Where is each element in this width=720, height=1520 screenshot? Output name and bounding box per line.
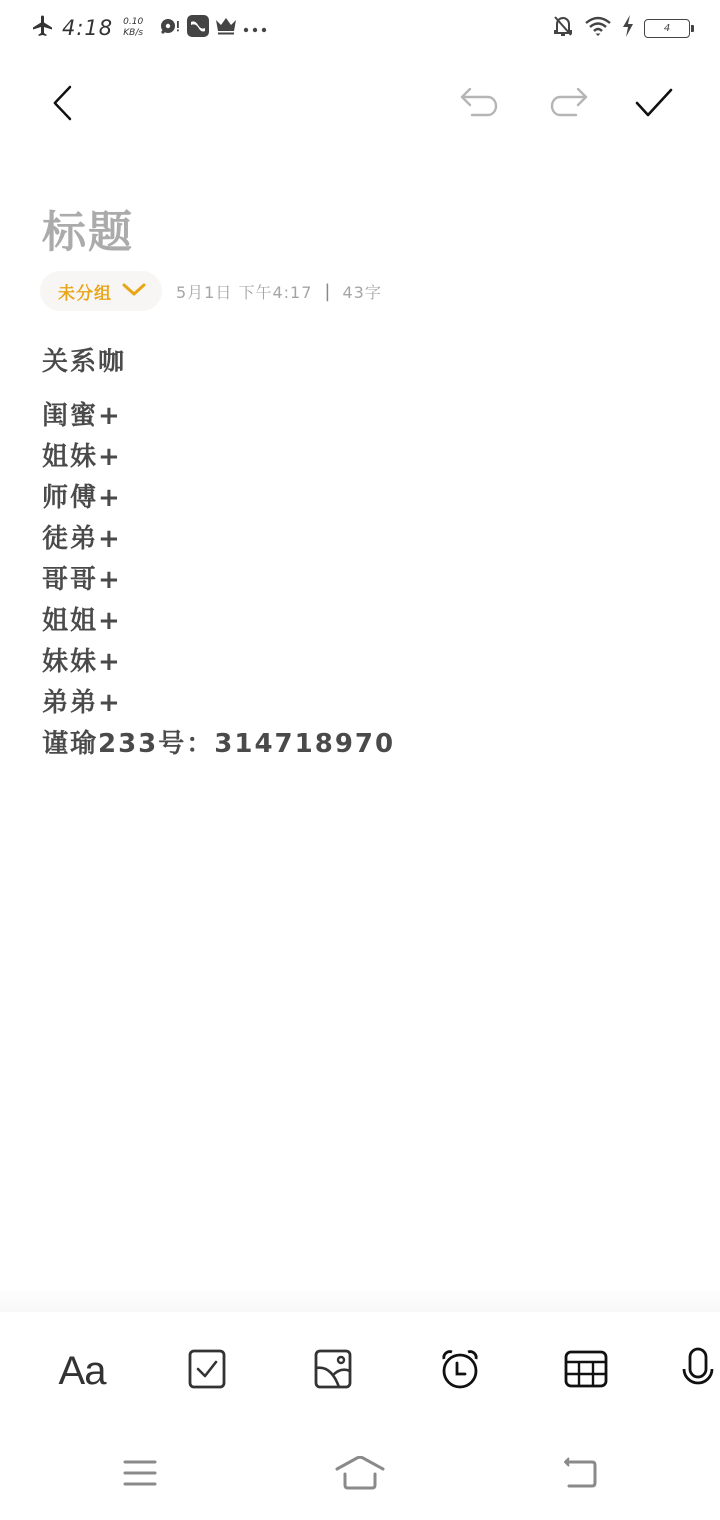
clock-time: 4:18 xyxy=(62,16,113,40)
battery-icon: 4 xyxy=(644,19,690,38)
undo-button[interactable] xyxy=(456,82,504,128)
chevron-left-icon xyxy=(52,85,76,125)
home-icon xyxy=(335,1456,385,1494)
network-speed-unit: KB/s xyxy=(123,28,143,39)
charging-icon xyxy=(622,15,634,41)
insert-table-button[interactable] xyxy=(556,1348,616,1394)
table-icon xyxy=(564,1350,608,1392)
editor-header xyxy=(0,70,720,140)
note-title-input[interactable]: 标题 xyxy=(42,196,134,260)
done-button[interactable] xyxy=(630,82,678,128)
nav-home-button[interactable] xyxy=(330,1455,390,1495)
hamburger-menu-icon xyxy=(122,1459,158,1491)
group-label: 未分组 xyxy=(58,279,112,304)
insert-image-button[interactable] xyxy=(303,1348,363,1394)
back-button[interactable] xyxy=(40,82,88,128)
text-format-icon: Aa xyxy=(59,1349,106,1394)
char-count: 43字 xyxy=(342,280,381,303)
microphone-icon xyxy=(680,1347,720,1395)
note-meta: 未分组 5月1日 下午4:17 | 43字 xyxy=(40,271,382,311)
system-nav-bar xyxy=(0,1430,720,1520)
app-notification-icon xyxy=(187,15,209,41)
airplane-mode-icon xyxy=(30,14,54,42)
redo-button[interactable] xyxy=(544,82,592,128)
alarm-clock-icon xyxy=(439,1348,481,1394)
toolbar-divider xyxy=(0,1290,720,1312)
nav-back-button[interactable] xyxy=(550,1455,610,1495)
wifi-icon xyxy=(584,15,612,41)
checkbox-icon xyxy=(187,1349,227,1393)
text-format-button[interactable]: Aa xyxy=(52,1348,112,1394)
more-dots-icon xyxy=(243,19,267,38)
reminder-button[interactable] xyxy=(430,1348,490,1394)
checkmark-icon xyxy=(634,87,674,123)
network-speed-value: 0.10 xyxy=(123,17,143,28)
back-arrow-icon xyxy=(562,1456,598,1494)
editor-toolbar: Aa xyxy=(0,1312,720,1430)
group-selector[interactable]: 未分组 xyxy=(40,271,162,311)
nav-menu-button[interactable] xyxy=(110,1455,170,1495)
meta-divider: | xyxy=(324,281,330,302)
bell-muted-icon xyxy=(552,14,574,42)
network-speed: 0.10 KB/s xyxy=(123,17,143,39)
notification-icons xyxy=(159,15,267,41)
disc-alert-icon xyxy=(159,16,181,40)
status-bar: 4:18 0.10 KB/s xyxy=(0,0,720,55)
chevron-down-icon xyxy=(122,282,146,301)
image-icon xyxy=(313,1349,353,1393)
voice-record-button[interactable] xyxy=(680,1348,720,1394)
crown-icon xyxy=(215,16,237,40)
battery-level: 4 xyxy=(664,23,670,34)
note-date: 5月1日 下午4:17 xyxy=(176,280,312,303)
note-line: 谨瑜233号：314718970 xyxy=(42,717,682,771)
status-bar-right: 4 xyxy=(552,10,690,46)
undo-icon xyxy=(458,85,502,125)
checklist-button[interactable] xyxy=(177,1348,237,1394)
redo-icon xyxy=(546,85,590,125)
note-body-editor[interactable]: 关系咖 闺蜜+ 姐妹+ 师傅+ 徒弟+ 哥哥+ 姐姐+ 妹妹+ 弟弟+ 谨瑜23… xyxy=(42,348,682,771)
status-bar-left: 4:18 0.10 KB/s xyxy=(30,10,267,46)
